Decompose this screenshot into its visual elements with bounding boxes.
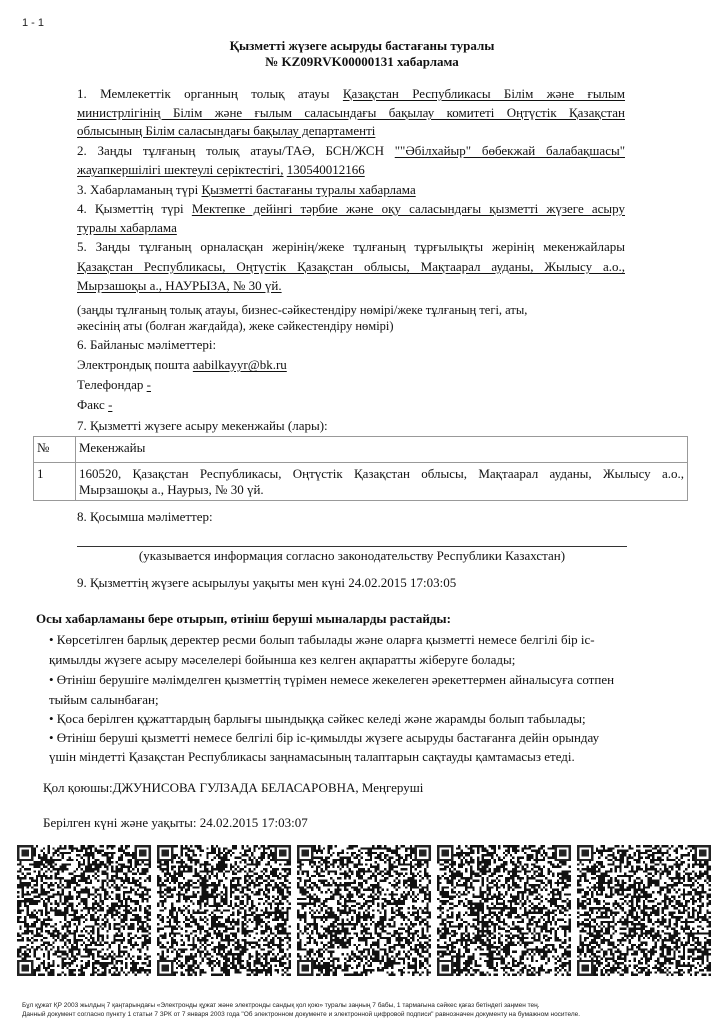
page-indicator: 1 - 1 <box>22 17 44 29</box>
qr-code-1 <box>17 845 151 976</box>
item-4-label: 4. Қызметтің түрі <box>77 201 184 216</box>
signer-label: Қол қоюшы: <box>43 780 113 795</box>
bullet-1-line-1: • Көрсетілген барлық деректер ресми болы… <box>49 630 595 649</box>
document-title: Қызметті жүзеге асыруды бастағаны туралы <box>0 37 724 54</box>
item-9-datetime: 24.02.2015 17:03:05 <box>348 575 456 590</box>
item-8-label: 8. Қосымша мәліметтер: <box>77 507 213 526</box>
item-6-label: 6. Байланыс мәліметтері: <box>77 335 216 354</box>
table-header-row: № Мекенжайы <box>34 437 688 463</box>
fax-label: Факс <box>77 397 105 412</box>
address-table: № Мекенжайы 1 160520, Қазақстан Республи… <box>33 436 688 501</box>
item-5-label: 5. Заңды тұлғаның орналасқан жерінің/жек… <box>77 237 625 256</box>
header-address: Мекенжайы <box>76 437 688 463</box>
item-2-label: 2. Заңды тұлғаның толық атауы/ТАӘ, БСН/Ж… <box>77 143 384 158</box>
row-number: 1 <box>34 463 76 501</box>
item-1-value-3: облысының Білім саласындағы бақылау депа… <box>77 121 375 140</box>
item-2-value-2: жауапкершілігі шектеулі серіктестігі, <box>77 162 283 177</box>
email-label: Электрондық пошта <box>77 357 190 372</box>
row-address: 160520, Қазақстан Республикасы, Оңтүстік… <box>76 463 688 501</box>
item-3-label: 3. Хабарламаның түрі <box>77 182 198 197</box>
fax-value: - <box>108 397 112 412</box>
qr-code-4 <box>437 845 571 976</box>
item-2-line-1: 2. Заңды тұлғаның толық атауы/ТАӘ, БСН/Ж… <box>77 141 625 160</box>
issued-label: Берілген күні және уақыты: <box>43 815 197 830</box>
item-1-value-1: Қазақстан Республикасы Білім және ғылым <box>343 86 625 101</box>
signer-row: Қол қоюшы:ДЖУНИСОВА ГУЛЗАДА БЕЛАСАРОВНА,… <box>43 778 423 797</box>
bullet-3-line-1: • Қоса берілген құжаттардың барлығы шынд… <box>49 709 586 728</box>
item-5-value-1: Қазақстан Республикасы, Оңтүстік Қазақст… <box>77 257 625 276</box>
email-row: Электрондық пошта aabilkayyr@bk.ru <box>77 355 287 374</box>
item-9: 9. Қызметтің жүзеге асырылуы уақыты мен … <box>77 573 456 592</box>
item-1-label: 1. Мемлекеттік органның толық атауы <box>77 86 330 101</box>
phone-row: Телефондар - <box>77 375 151 394</box>
footer-kz: Бұл құжат ҚР 2003 жылдың 7 қаңтарындағы … <box>22 1001 540 1010</box>
row-address-line-1: 160520, Қазақстан Республикасы, Оңтүстік… <box>79 466 684 482</box>
item-4-value-2: туралы хабарлама <box>77 218 177 237</box>
item-2-value-1: ""Әбілхайыр" бөбекжай балабақшасы" <box>395 143 625 158</box>
item-9-label: 9. Қызметтің жүзеге асырылуы уақыты мен … <box>77 575 345 590</box>
bullet-1-line-2: қимылды жүзеге асыру мәселелері бойынша … <box>49 650 515 669</box>
fax-row: Факс - <box>77 395 112 414</box>
header-number: № <box>34 437 76 463</box>
phone-value: - <box>147 377 151 392</box>
qr-code-2 <box>157 845 291 976</box>
bullet-2-line-2: тыйым салынбаған; <box>49 690 159 709</box>
row-address-line-2: Мырзашоқы а., Наурыз, № 30 үй. <box>79 482 684 498</box>
item-1-value-2: министрлігінің Білім және ғылым саласынд… <box>77 103 625 122</box>
item-1-line-1: 1. Мемлекеттік органның толық атауы Қаза… <box>77 84 625 103</box>
signer-name: ДЖУНИСОВА ГУЛЗАДА БЕЛАСАРОВНА, Меңгеруші <box>113 780 424 795</box>
qr-code-3 <box>297 845 431 976</box>
table-row: 1 160520, Қазақстан Республикасы, Оңтүст… <box>34 463 688 501</box>
item-3: 3. Хабарламаның түрі Қызметті бастағаны … <box>77 180 416 199</box>
confirmation-heading: Осы хабарламаны бере отырып, өтініш беру… <box>36 609 451 628</box>
item-4-line-1: 4. Қызметтің түрі Мектепке дейінгі тәрби… <box>77 199 625 218</box>
bullet-2-line-1: • Өтініш берушіге мәлімделген қызметтің … <box>49 670 614 689</box>
item-2-bin: 130540012166 <box>287 162 365 177</box>
item-2-line-2: жауапкершілігі шектеулі серіктестігі, 13… <box>77 160 365 179</box>
item-3-value: Қызметті бастағаны туралы хабарлама <box>201 182 415 197</box>
email-link[interactable]: aabilkayyr@bk.ru <box>193 357 287 372</box>
bullet-4-line-1: • Өтініш беруші қызметті немесе белгілі … <box>49 728 599 747</box>
item-4-value-1: Мектепке дейінгі тәрбие және оқу саласын… <box>192 201 625 216</box>
issued-datetime: 24.02.2015 17:03:07 <box>200 815 308 830</box>
document-number: № KZ09RVK00000131 хабарлама <box>0 53 724 70</box>
item-5-note-2: әкесінің аты (болған жағдайда), жеке сәй… <box>77 317 394 336</box>
issued-row: Берілген күні және уақыты: 24.02.2015 17… <box>43 813 308 832</box>
item-5-value-2: Мырзашоқы а., НАУРЫЗА, № 30 үй. <box>77 276 282 295</box>
bullet-4-line-2: үшін міндетті Қазақстан Республикасы заң… <box>49 747 575 766</box>
phone-label: Телефондар <box>77 377 143 392</box>
item-8-hint: (указывается информация согласно законод… <box>77 546 627 565</box>
footer-ru: Данный документ согласно пункту 1 статьи… <box>22 1010 580 1019</box>
item-7-label: 7. Қызметті жүзеге асыру мекенжайы (лары… <box>77 416 328 435</box>
qr-code-5 <box>577 845 711 976</box>
